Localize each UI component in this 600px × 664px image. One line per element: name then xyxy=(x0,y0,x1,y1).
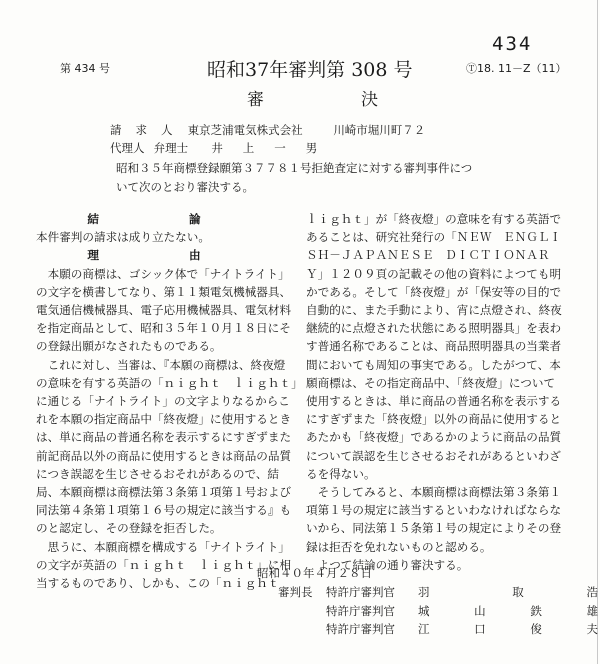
appellant-label: 請求人 xyxy=(110,122,184,138)
agent-row: 代理人 弁理士 井上一男 xyxy=(110,140,337,156)
text-line: れを本願の指定商品中「終夜燈」に使用するとき xyxy=(36,410,302,428)
document-type-heading: 審 決 xyxy=(247,85,418,110)
judge-name: 羽 取 浩 xyxy=(418,583,598,602)
text-line: 電気通信機械器具、電子応用機械器具、電気材料 xyxy=(36,301,302,319)
appellant-address: 川崎市堀川町７２ xyxy=(333,123,425,137)
conclusion-heading: 結論 xyxy=(36,210,302,228)
name-char: 浩 xyxy=(587,583,599,602)
left-column: 結論 本件審判の請求は成り立たない。 理由 本願の商標は、ゴシック体で「ナイトラ… xyxy=(36,210,302,592)
name-char: 城 xyxy=(418,602,430,621)
text-line: Ｙ」１２０９頁の記載その他の資料によつても明 xyxy=(306,265,586,283)
judge-title: 特許庁審判官 xyxy=(326,583,418,602)
judge-row: 特許庁審判官 江 口 俊 夫 xyxy=(278,620,598,639)
text-line: にすぎずまた「終夜燈」以外の商品に使用すると xyxy=(306,410,586,428)
text-line: るを得ない。 xyxy=(306,465,586,483)
judge-name: 江 口 俊 夫 xyxy=(418,620,598,639)
text-line: について誤認を生じさせるおそれがあるといわざ xyxy=(306,447,586,465)
name-char: 鉄 xyxy=(530,602,542,621)
conclusion-text: 本件審判の請求は成り立たない。 xyxy=(36,228,302,246)
judge-name: 城 山 鉄 雄 xyxy=(418,602,598,621)
name-char: 江 xyxy=(418,620,430,639)
text-line: を指定商品として、昭和３５年１０月１８日にそ xyxy=(36,319,302,337)
text-line: に通じる「ナイトライト」の文字よりなるからこ xyxy=(36,392,302,410)
name-char: 山 xyxy=(474,602,486,621)
name-char: 取 xyxy=(512,583,524,602)
decision-date: 昭和４０年４月２８日 xyxy=(257,565,372,581)
judge-row: 特許庁審判官 城 山 鉄 雄 xyxy=(278,602,598,621)
right-column: ｌｉｇｈｔ」が「終夜燈」の意味を有する英語で あることは、研究社発行の「ＮＥＷ … xyxy=(306,210,586,574)
text-line: につき誤認を生じさせるおそれがあるので、結 xyxy=(36,465,302,483)
text-line: の文字を横書してなり、第１１類電気機械器具、 xyxy=(36,283,302,301)
text-line: の意味を有する英語の「ｎｉｇｈｔ ｌｉｇｈｔ」 xyxy=(36,374,302,392)
issue-number: 第 434 号 xyxy=(60,60,110,76)
text-line: す普通名称であることは、商品照明器具の当業者 xyxy=(306,337,586,355)
text-line: あたかも「終夜燈」であるかのように商品の品質 xyxy=(306,428,586,446)
text-line: 前記商品以外の商品に使用するときは商品の品質 xyxy=(36,447,302,465)
text-line: あることは、研究社発行の「ＮＥＷ ＥＮＧＬＩ xyxy=(306,228,586,246)
text-line: 同法第４条第１項第１６号の規定に該当する』も xyxy=(36,501,302,519)
text-line: いから、同法第１５条第１号の規定によりその登 xyxy=(306,519,586,537)
text-line: 間においても周知の事実である。したがつて、本 xyxy=(306,356,586,374)
agent-title: 弁理士 xyxy=(154,140,208,156)
text-line: 自動的に、また手動により、宵に点燈され、終夜 xyxy=(306,301,586,319)
agent-label: 代理人 xyxy=(110,140,150,156)
judge-role xyxy=(278,602,326,621)
name-char: 夫 xyxy=(586,620,598,639)
text-line: の登録出願がなされたものである。 xyxy=(36,337,302,355)
text-line: は、単に商品の普通名称を表示するにすぎずまた xyxy=(36,428,302,446)
name-char: 雄 xyxy=(586,602,598,621)
agent-name: 井上一男 xyxy=(211,140,337,156)
judge-role: 審判長 xyxy=(278,583,326,602)
name-char: 俊 xyxy=(530,620,542,639)
text-line: 継続的に点燈された状態にある照明器具」を表わ xyxy=(306,319,586,337)
appellant-row: 請求人 東京芝浦電気株式会社 川崎市堀川町７２ xyxy=(110,122,425,138)
text-line: ＳＨ－ＪＡＰＡＮＥＳＥ ＤＩＣＴＩＯＮＡＲ xyxy=(306,246,586,264)
text-line: そうしてみると、本願商標は商標法第３条第１ xyxy=(306,483,586,501)
name-char: 口 xyxy=(474,620,486,639)
intro-paragraph: 昭和３５年商標登録願第３７７８１号拒絶査定に対する審判事件について次のとおり審決… xyxy=(116,159,476,197)
scan-edge-line xyxy=(597,0,598,664)
text-line: 項第１号の規定に該当するといわなければならな xyxy=(306,501,586,519)
judge-title: 特許庁審判官 xyxy=(326,602,418,621)
text-line: 使用するときは、単に商品の普通名称を表示する xyxy=(306,392,586,410)
judge-role xyxy=(278,620,326,639)
reasons-heading: 理由 xyxy=(36,246,302,264)
text-line: ｌｉｇｈｔ」が「終夜燈」の意味を有する英語で xyxy=(306,210,586,228)
name-char: 羽 xyxy=(418,583,430,602)
judge-title: 特許庁審判官 xyxy=(326,620,418,639)
appellant-name: 東京芝浦電気株式会社 xyxy=(188,122,330,138)
case-title: 昭和37年審判第 308 号 xyxy=(207,55,413,82)
classification-code: Ⓣ18. 11－Z（11） xyxy=(466,60,567,76)
text-line: 思うに、本願商標を構成する「ナイトライト」 xyxy=(36,538,302,556)
text-line: 願商標は、その指定商品中、「終夜燈」について xyxy=(306,374,586,392)
judge-row-chief: 審判長 特許庁審判官 羽 取 浩 xyxy=(278,583,598,602)
text-line: 局、本願商標は商標法第３条第１項第１号および xyxy=(36,483,302,501)
text-line: のと認定し、その登録を拒否した。 xyxy=(36,519,302,537)
judges-block: 審判長 特許庁審判官 羽 取 浩 特許庁審判官 城 山 鉄 雄 特許庁審判官 江… xyxy=(278,583,598,639)
text-line: これに対し、当審は、『本願の商標は、終夜燈 xyxy=(36,356,302,374)
page-number: 434 xyxy=(492,33,532,55)
text-line: かである。そして「終夜燈」が「保安等の目的で xyxy=(306,283,586,301)
text-line: 本願の商標は、ゴシック体で「ナイトライト」 xyxy=(36,265,302,283)
text-line: 録は拒否を免れないものと認める。 xyxy=(306,538,586,556)
